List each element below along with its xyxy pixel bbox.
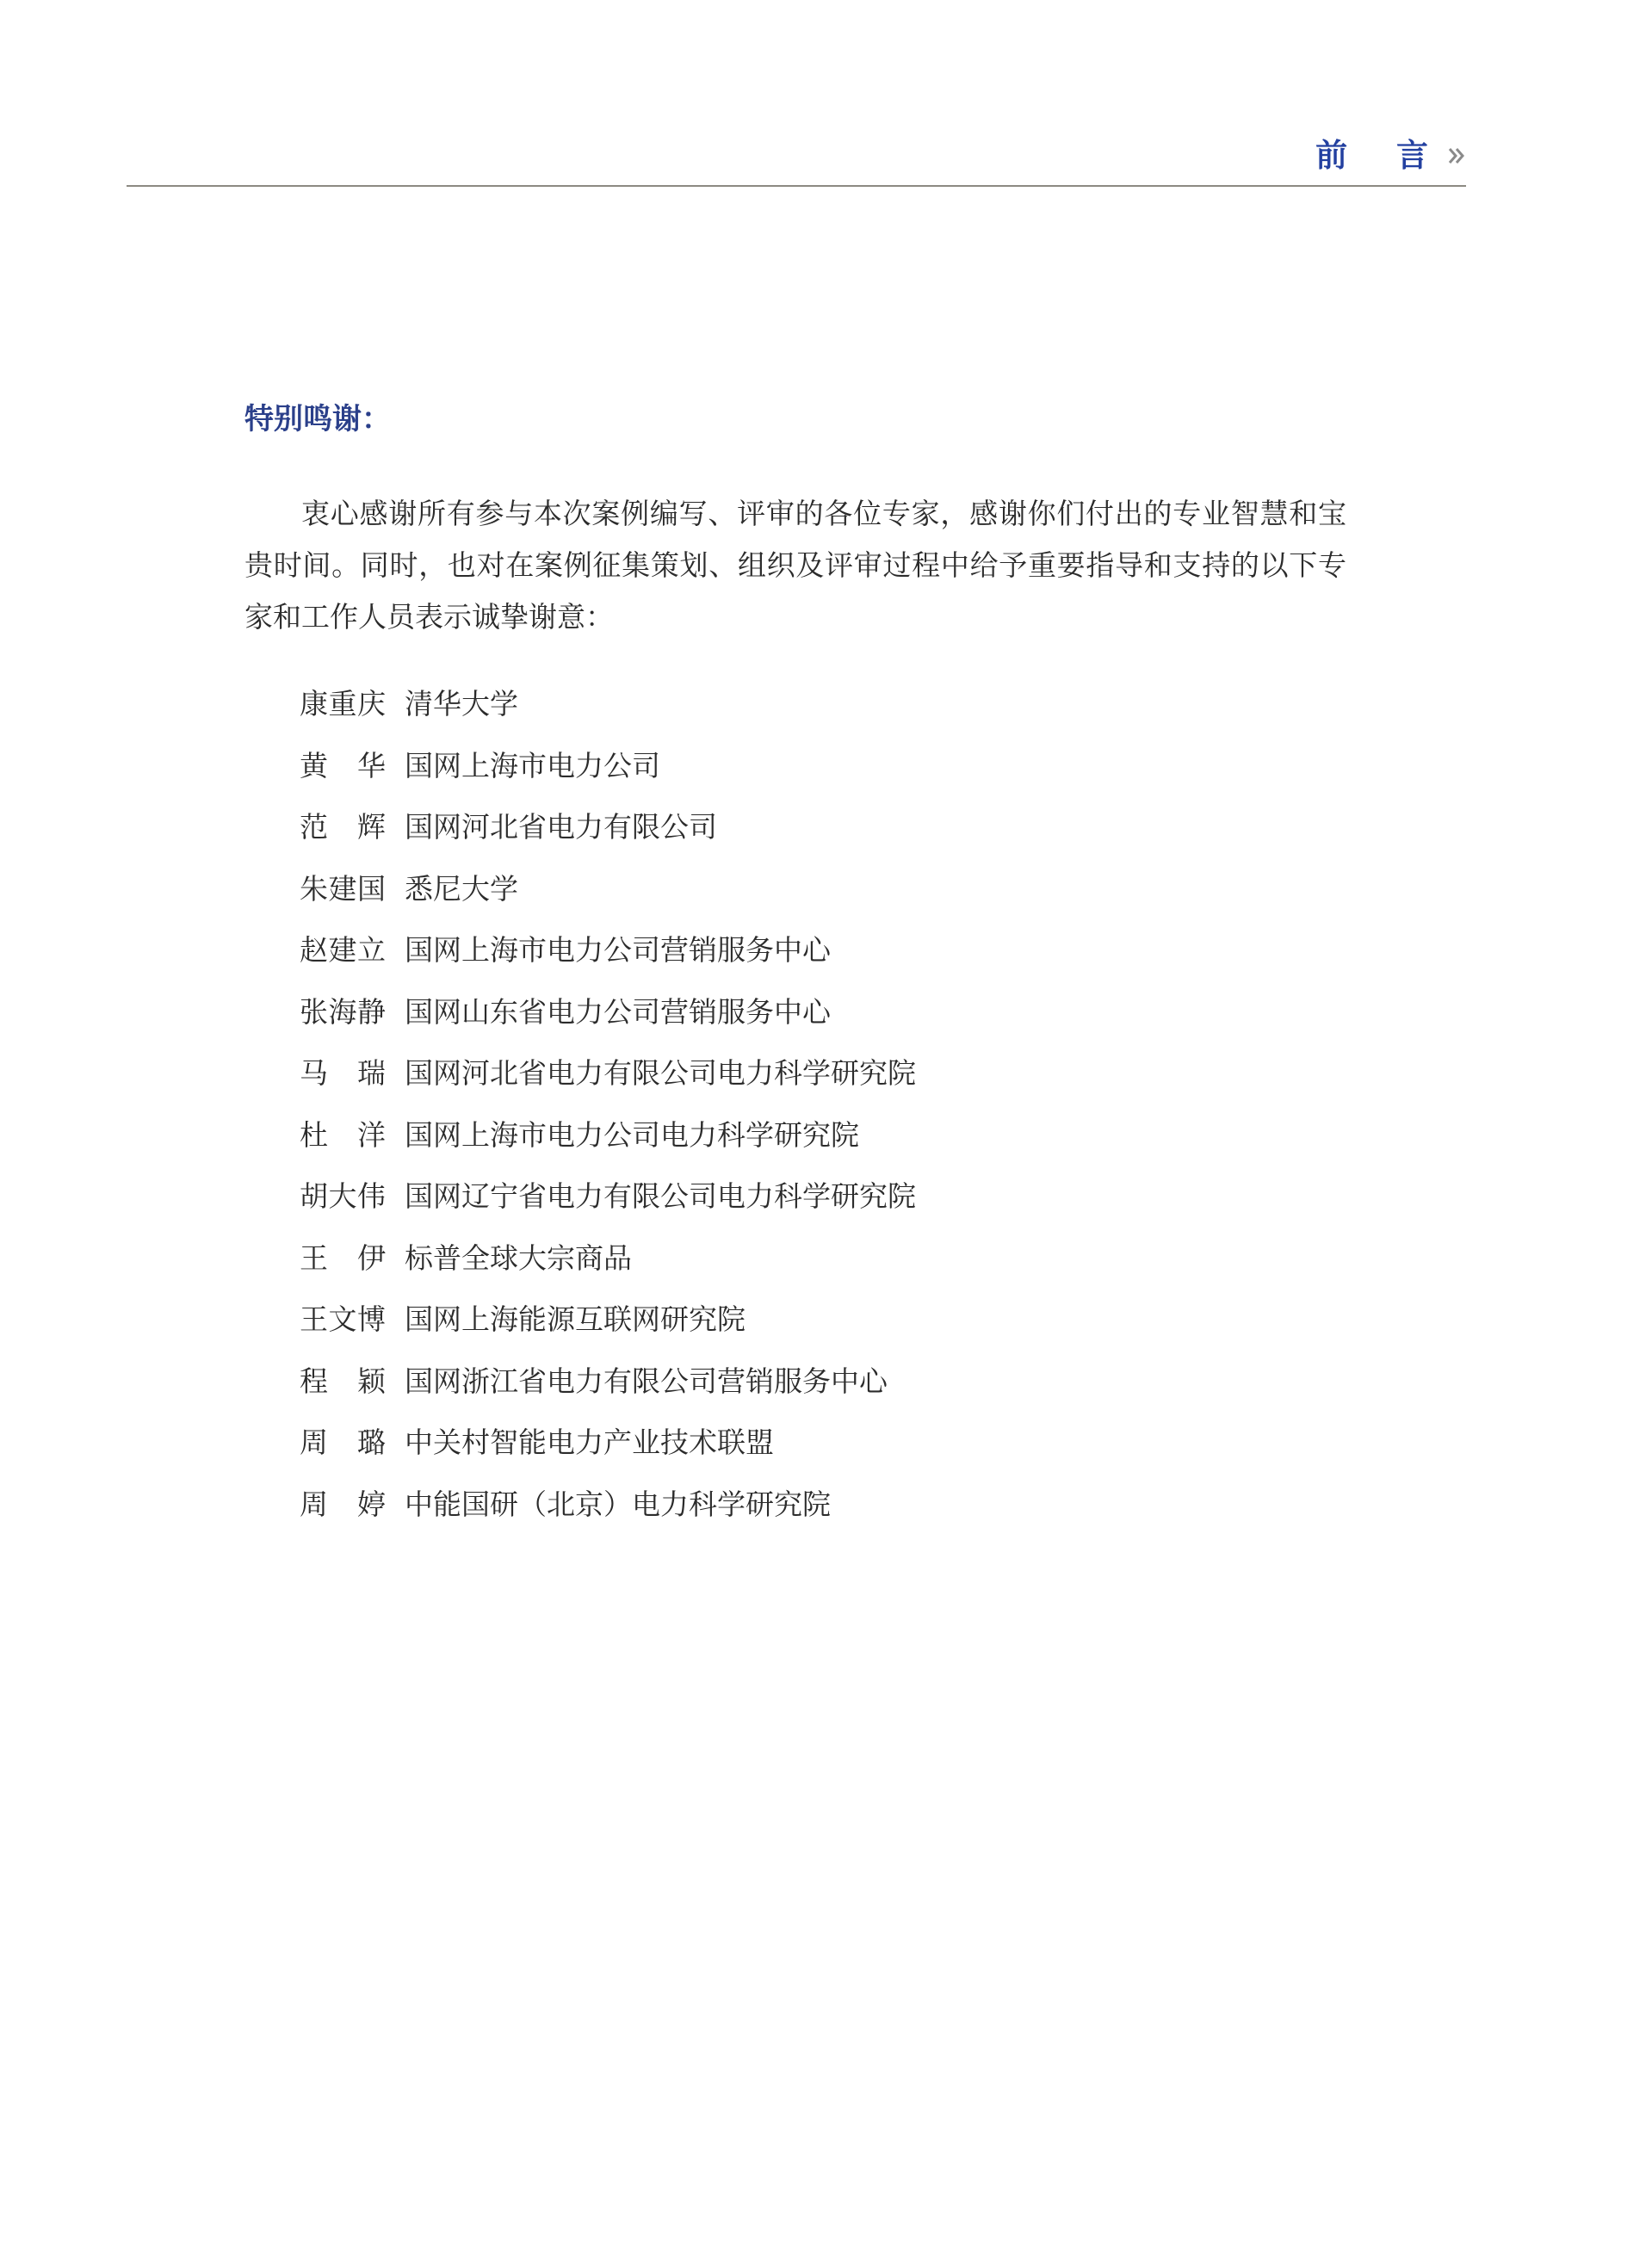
- list-item: 王伊 标普全球大宗商品: [300, 1226, 916, 1288]
- list-item: 康重庆 清华大学: [300, 671, 916, 733]
- list-item: 范辉 国网河北省电力有限公司: [300, 795, 916, 857]
- organization: 标普全球大宗商品: [405, 1236, 632, 1277]
- organization: 中关村智能电力产业技术联盟: [405, 1420, 774, 1461]
- list-item: 周婷 中能国研（北京）电力科学研究院: [300, 1472, 916, 1534]
- double-chevron-right-icon: [1447, 146, 1466, 165]
- person-name: 张海静: [300, 990, 386, 1030]
- person-name: 王文博: [300, 1297, 386, 1338]
- person-name: 胡大伟: [300, 1174, 386, 1215]
- person-name: 马瑞: [300, 1051, 386, 1092]
- person-name: 赵建立: [300, 928, 386, 968]
- organization: 悉尼大学: [405, 867, 518, 907]
- organization: 清华大学: [405, 682, 518, 722]
- organization: 国网上海市电力公司: [405, 744, 660, 784]
- list-item: 张海静 国网山东省电力公司营销服务中心: [300, 980, 916, 1042]
- organization: 国网上海能源互联网研究院: [405, 1297, 746, 1338]
- section-heading: 特别鸣谢：: [244, 398, 391, 441]
- organization: 国网河北省电力有限公司电力科学研究院: [405, 1051, 916, 1092]
- list-item: 赵建立 国网上海市电力公司营销服务中心: [300, 918, 916, 980]
- organization: 国网浙江省电力有限公司营销服务中心: [405, 1359, 888, 1400]
- list-item: 王文博 国网上海能源互联网研究院: [300, 1287, 916, 1349]
- person-name: 范辉: [300, 805, 386, 845]
- person-name: 杜洋: [300, 1113, 386, 1153]
- acknowledgement-list: 康重庆 清华大学 黄华 国网上海市电力公司 范辉 国网河北省电力有限公司 朱建国…: [300, 671, 916, 1533]
- person-name: 朱建国: [300, 867, 386, 907]
- list-item: 黄华 国网上海市电力公司: [300, 733, 916, 795]
- list-item: 程颖 国网浙江省电力有限公司营销服务中心: [300, 1349, 916, 1411]
- list-item: 朱建国 悉尼大学: [300, 857, 916, 918]
- person-name: 黄华: [300, 744, 386, 784]
- header-divider: [127, 185, 1466, 187]
- person-name: 周璐: [300, 1420, 386, 1461]
- list-item: 周璐 中关村智能电力产业技术联盟: [300, 1410, 916, 1472]
- person-name: 周婷: [300, 1482, 386, 1523]
- list-item: 杜洋 国网上海市电力公司电力科学研究院: [300, 1103, 916, 1165]
- organization: 国网上海市电力公司电力科学研究院: [405, 1113, 859, 1153]
- person-name: 王伊: [300, 1236, 386, 1277]
- intro-paragraph: 衷心感谢所有参与本次案例编写、评审的各位专家，感谢你们付出的专业智慧和宝贵时间。…: [244, 488, 1346, 643]
- organization: 国网辽宁省电力有限公司电力科学研究院: [405, 1174, 916, 1215]
- chapter-title: 前 言: [1315, 134, 1447, 177]
- organization: 国网上海市电力公司营销服务中心: [405, 928, 831, 968]
- person-name: 康重庆: [300, 682, 386, 722]
- organization: 国网河北省电力有限公司: [405, 805, 717, 845]
- list-item: 胡大伟 国网辽宁省电力有限公司电力科学研究院: [300, 1164, 916, 1226]
- running-header: 前 言: [1315, 134, 1466, 177]
- organization: 中能国研（北京）电力科学研究院: [405, 1482, 831, 1523]
- list-item: 马瑞 国网河北省电力有限公司电力科学研究院: [300, 1041, 916, 1103]
- organization: 国网山东省电力公司营销服务中心: [405, 990, 831, 1030]
- person-name: 程颖: [300, 1359, 386, 1400]
